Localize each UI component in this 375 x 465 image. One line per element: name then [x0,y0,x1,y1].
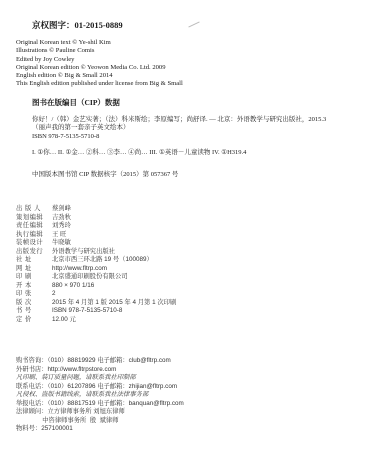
cip-check-number: 中国版本图书馆 CIP 数据核字（2015）第 057367 号 [32,169,178,178]
imprint-row: 社 址北京市西三环北路 19 号（100089） [16,256,176,265]
imprint-key: 策划编辑 [16,214,52,223]
credit-line: This English edition published under lic… [16,80,183,88]
imprint-key: 出版发行 [16,248,52,257]
imprint-row: 印 刷北京盛通印刷股份有限公司 [16,273,176,282]
imprint-key: 装帧设计 [16,239,52,248]
credit-line: Original Korean edition © Yeowon Media C… [16,64,183,72]
credit-line: Illustrations © Pauline Comis [16,47,183,55]
imprint-key: 社 址 [16,256,52,265]
imprint-key: 书 号 [16,307,52,316]
imprint-value: 北京市西三环北路 19 号（100089） [52,256,153,265]
imprint-key: 版 次 [16,299,52,308]
imprint-key: 定 价 [16,316,52,325]
copyright-registration: 京权图字：01-2015-0889 [32,19,123,31]
credit-line: Edited by Joy Cowley [16,56,183,64]
stray-mark [188,22,199,28]
contact-line-piracy-note: 凡侵权、盗版书籍线索，请联系我社法律事务部 [16,391,184,400]
contact-line-store: 外研书店：http://www.fltrpstore.com [16,366,184,375]
contact-line-legal-counsel: 法律顾问：立方律师事务所 刘旭东律师 [16,408,184,417]
imprint-key: 印 张 [16,290,52,299]
imprint-key: 责任编辑 [16,222,52,231]
contact-line-legal-counsel-2: 中咨律师事务所 殷 斌律师 [16,417,184,426]
contact-line-report-phone: 举报电话：（010）88817519 电子邮箱：banquan@fltrp.co… [16,400,184,409]
imprint-value: 吉劲秋 [52,214,71,223]
imprint-block: 出 版 人蔡剑峰 策划编辑吉劲秋 责任编辑刘秀玲 执行编辑王 旺 装帧设计牛晓敏… [16,205,176,324]
imprint-value: http://www.fltrp.com [52,265,107,274]
imprint-row: 版 次2015 年 4 月第 1 版 2015 年 4 月第 1 次印刷 [16,299,176,308]
imprint-row: 出版发行外语教学与研究出版社 [16,248,176,257]
imprint-key: 印 刷 [16,273,52,282]
contact-line-material-number: 物料号：257100001 [16,425,184,434]
contact-block: 购书咨询：（010）88819929 电子邮箱：club@fltrp.com 外… [16,357,184,434]
imprint-value: 2015 年 4 月第 1 版 2015 年 4 月第 1 次印刷 [52,299,176,308]
imprint-row: 开 本880 × 970 1/16 [16,282,176,291]
imprint-key: 网 址 [16,265,52,274]
imprint-value: 王 旺 [52,231,66,240]
imprint-row: 出 版 人蔡剑峰 [16,205,176,214]
cip-title: 图书在版编目（CIP）数据 [32,97,120,108]
cip-line: ISBN 978-7-5135-5710-8 [32,133,326,141]
contact-line-print-quality-note: 凡印刷、装订质量问题，请联系我社印制部 [16,374,184,383]
imprint-row: 执行编辑王 旺 [16,231,176,240]
imprint-value: 刘秀玲 [52,222,71,231]
cip-classification: I. ①你… II. ①金… ②科… ③李… ④尚… III. ①英语－儿童读物… [32,147,246,156]
credits-block: Original Korean text © Ye-shil Kim Illus… [16,39,183,89]
imprint-row: 定 价12.00 元 [16,316,176,325]
imprint-value: 880 × 970 1/16 [52,282,94,291]
imprint-row: 印 张2 [16,290,176,299]
imprint-value: 外语教学与研究出版社 [52,248,115,257]
contact-line-book-inquiry: 购书咨询：（010）88819929 电子邮箱：club@fltrp.com [16,357,184,366]
imprint-value: 牛晓敏 [52,239,71,248]
imprint-row: 书 号ISBN 978-7-5135-5710-8 [16,307,176,316]
imprint-value: 北京盛通印刷股份有限公司 [52,273,128,282]
imprint-value: 蔡剑峰 [52,205,71,214]
imprint-row: 策划编辑吉劲秋 [16,214,176,223]
imprint-row: 责任编辑刘秀玲 [16,222,176,231]
contact-line-print-phone: 联系电话：（010）61207896 电子邮箱：zhijian@fltrp.co… [16,383,184,392]
credit-line: English edition © Big & Small 2014 [16,72,183,80]
imprint-value: 12.00 元 [52,316,76,325]
cip-body: 你好！/（韩）金艺实著；（法）科米斯绘；李原编写；尚舒译. — 北京：外语教学与… [32,116,326,141]
imprint-key: 开 本 [16,282,52,291]
imprint-value: ISBN 978-7-5135-5710-8 [52,307,122,316]
imprint-value: 2 [52,290,56,299]
cip-line: （丽声我的第一套亲子英文绘本） [32,124,326,132]
imprint-row: 网 址http://www.fltrp.com [16,265,176,274]
credit-line: Original Korean text © Ye-shil Kim [16,39,183,47]
imprint-key: 出 版 人 [16,205,52,214]
imprint-key: 执行编辑 [16,231,52,240]
imprint-row: 装帧设计牛晓敏 [16,239,176,248]
